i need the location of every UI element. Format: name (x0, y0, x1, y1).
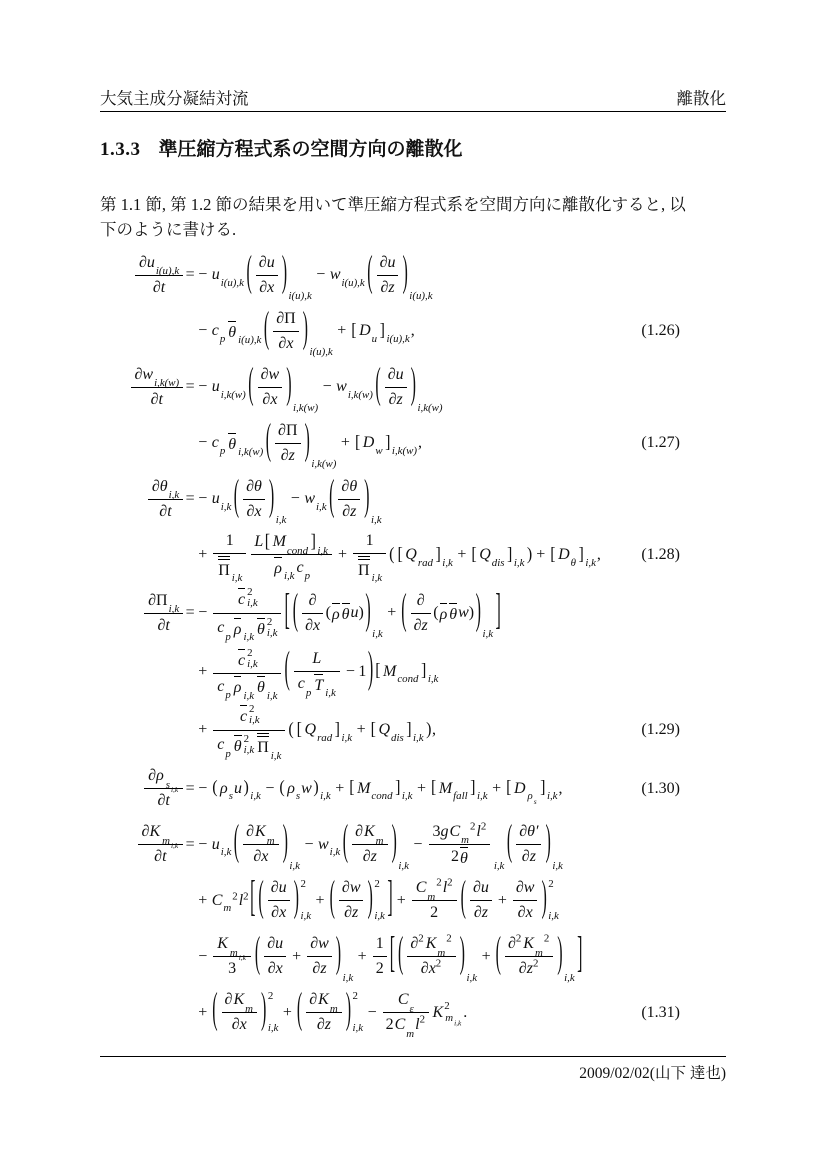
math-denominator: ∂x (256, 278, 277, 298)
math-scripts: p (220, 333, 225, 344)
math-scripted: ui,k (212, 490, 232, 508)
equation-rhs: +Cm2l2[(∂u∂x)2i,k+(∂w∂z)2i,k]+Cm2l22(∂u∂… (195, 875, 642, 927)
math-sub: s (229, 791, 233, 802)
math-overline-bar (449, 603, 457, 604)
math-script-base: m (230, 948, 238, 959)
math-sub: p (220, 333, 225, 344)
math-scripts: i,k (221, 501, 232, 512)
math-fenced-group: (ρsw) (279, 780, 319, 798)
math-scripts: w (375, 445, 382, 456)
math-overline: θ (448, 603, 458, 624)
math-script-base: ρ (220, 780, 228, 798)
math-sub: i,k (552, 861, 563, 872)
math-numerator: ∂ (414, 591, 428, 611)
math-scripted: ρs (220, 780, 233, 798)
math-scripts: ε (410, 1004, 414, 1015)
math-text: ∂z (363, 847, 377, 867)
math-scripts: 2i,k (353, 991, 364, 1034)
equation-equals: = (186, 249, 195, 301)
math-text: 2 (353, 991, 358, 1002)
math-numerator: ∂u (256, 253, 278, 273)
math-scripts: i,k (271, 751, 282, 762)
math-close-paren: ) (304, 420, 310, 466)
math-text: u (234, 780, 242, 798)
math-open-paren: ( (367, 252, 373, 298)
math-text: i,k (267, 691, 278, 702)
math-script-base: θ (233, 735, 243, 756)
math-scripts: i,k (372, 573, 383, 584)
math-text: i,k (267, 628, 278, 639)
math-equals: = (186, 266, 195, 284)
math-script-base: u (212, 378, 220, 396)
math-operator: + (417, 780, 426, 798)
math-fence-body: ∂Km∂x (218, 990, 260, 1035)
math-fenced-group: [Du] (351, 322, 386, 340)
math-fenced-group: (∂Km∂z) (342, 822, 397, 867)
math-sub: i,k (169, 604, 180, 615)
math-numerator: ∂w (307, 934, 332, 954)
math-fenced-group: [Mcond] (264, 532, 316, 552)
math-overline-bar (257, 736, 269, 737)
math-equation-number-text: (1.26) (641, 322, 680, 340)
equation-number (641, 646, 680, 698)
math-text: u (351, 604, 359, 622)
math-text: ∂t (157, 616, 169, 636)
math-text: ∂t (153, 278, 165, 298)
math-text: i,k(w) (238, 447, 263, 458)
equation-lhs: ∂Kmi,k∂t (128, 819, 186, 871)
math-sub: i,k (372, 573, 383, 584)
math-script-base: (∂u∂x) (246, 253, 288, 298)
math-scripts: m (330, 1004, 338, 1015)
math-scripts: p (225, 632, 230, 643)
math-sub: ρs (527, 791, 538, 802)
math-text: ∂ (309, 990, 317, 1010)
math-equals: = (186, 490, 195, 508)
math-text: i,k (552, 861, 563, 872)
equation-number (641, 585, 680, 642)
math-scripted: ∂wi,k(w) (135, 365, 180, 385)
math-script-base: Π (256, 733, 270, 757)
math-script-base: K (318, 990, 329, 1010)
math-numerator: ∂u (385, 365, 407, 385)
math-script-base: (∂w∂z) (329, 878, 373, 923)
math-fence-body: [Qrad]i,k+[Qdis]i,k (294, 721, 425, 739)
math-text: m (230, 948, 238, 959)
math-scripts: i,k (169, 604, 180, 615)
math-text: ∂ (508, 934, 516, 954)
math-script-base: (∂Km∂z) (296, 990, 351, 1035)
header-right: 離散化 (677, 85, 727, 109)
math-text: ∂t (157, 791, 169, 811)
math-scripted: ∂θi,k (152, 477, 179, 497)
math-fraction: ∂w∂z (307, 934, 332, 979)
math-text: θ (342, 606, 350, 624)
math-scripts: 2i,k (247, 587, 258, 610)
math-scripts: i,k (171, 843, 178, 851)
math-close-paren: ) (268, 476, 274, 522)
math-script-base: [Du] (351, 322, 386, 340)
math-operator: + (341, 434, 350, 452)
math-open-paren: ( (329, 878, 335, 924)
math-denominator: 2 (427, 903, 441, 923)
math-sub: i,k (585, 557, 596, 568)
math-fraction-bar (275, 443, 300, 444)
math-superscript: 2 (418, 933, 423, 947)
math-text: i,k (482, 629, 493, 640)
math-text: ∂θ′ (519, 822, 538, 842)
math-scripted: (∂u∂z)i,k(w) (375, 365, 443, 410)
math-scripted: Dρs (514, 780, 538, 798)
math-scripts: 2i,k (374, 879, 385, 922)
math-text: i,k (284, 571, 295, 582)
math-scripts: si,k (165, 780, 179, 791)
math-scripted: (∂Π∂z)i,k(w) (265, 421, 336, 466)
math-fraction: 1Πi,k (353, 531, 386, 580)
math-text: ∂z (380, 278, 394, 298)
math-overline-bar (234, 618, 242, 619)
math-sub: i,k (428, 674, 439, 685)
math-fraction: ∂θ′∂z (516, 822, 541, 867)
math-scripted: Km (523, 934, 543, 954)
math-fenced-group: (∂Km∂x) (212, 990, 267, 1035)
math-superscript: 2 (516, 933, 521, 947)
math-overline: ρ (273, 557, 283, 578)
math-overline: Π (217, 556, 231, 580)
math-scripted: (∂∂z(ρθw))i,k (401, 591, 493, 636)
math-sub: u (372, 333, 377, 344)
math-close-paren: ) (367, 649, 373, 696)
math-numerator: ∂w (339, 878, 364, 898)
math-text: ρ (332, 606, 340, 624)
math-text: 2 (548, 879, 553, 890)
math-fence-body: ∂∂z(ρθw) (407, 591, 475, 636)
math-close-paren: ) (402, 252, 408, 298)
math-overline: ρ (233, 676, 243, 697)
math-scripts: i,k (413, 733, 424, 744)
equation-number: (1.31) (641, 987, 680, 1039)
math-overline-body: c (240, 708, 247, 726)
math-script-base: ∂u (139, 253, 155, 273)
math-scripts: i,k(w) (311, 459, 336, 470)
math-text: ε (410, 1004, 414, 1015)
math-operator: − (198, 604, 207, 622)
math-close-bracket: ] (577, 934, 583, 980)
math-text: i,k (247, 598, 258, 609)
math-text: c (298, 674, 305, 694)
math-close-paren: ) (557, 934, 563, 980)
equation-rhs: +c2i,kcpρi,kθi,k(LcpTi,k−1)[Mcond]i,k (195, 646, 642, 698)
math-close-bracket: ] (470, 779, 476, 797)
math-numerator: L (309, 649, 324, 669)
math-denominator: ∂t (156, 502, 174, 522)
math-open-paren: ( (329, 476, 335, 522)
math-scripted: cp (212, 434, 226, 452)
math-numerator: ∂ui(u),k (135, 253, 183, 273)
math-scripts: i(u),k (310, 347, 333, 358)
math-text: 1 (226, 531, 234, 551)
math-numerator: ∂u (268, 878, 290, 898)
math-overline-body: Π (358, 562, 370, 580)
math-text: m (427, 892, 435, 903)
math-superscript: 2 (447, 877, 452, 891)
math-scripted: Km (426, 934, 446, 954)
math-scripts: 2i,k (548, 879, 559, 922)
math-scripted: ρi,k (273, 557, 294, 578)
math-close-bracket: ] (379, 322, 385, 340)
math-close-paren: ) (475, 590, 481, 636)
math-scripted: ∂ρsi,k (148, 766, 179, 786)
equation-number: (1.27) (641, 417, 680, 469)
math-text: i,k (276, 515, 287, 526)
math-sub: i,k(w) (348, 389, 373, 400)
equation-rhs: −ui,k(∂θ∂x)i,k−wi,k(∂θ∂z)i,k (195, 473, 642, 525)
math-text: i(u),k (409, 291, 432, 302)
math-numerator: ∂u (377, 253, 399, 273)
math-text: ∂z (342, 502, 356, 522)
math-denominator: ∂z (341, 903, 361, 923)
math-fraction: ∂Π∂x (273, 309, 298, 354)
math-operator: − (291, 490, 300, 508)
math-fenced-group: (∂Π∂z) (265, 421, 310, 466)
equation-rhs: +1Πi,kL[Mcond]i,kρi,kcp+1Πi,k([Qrad]i,k+… (195, 529, 642, 581)
math-overline-body: θ (228, 324, 236, 342)
math-sup: 2 (353, 991, 358, 1002)
math-scripted: (∂Km∂z)2i,k (296, 990, 363, 1035)
math-denominator: ∂z (377, 278, 397, 298)
math-scripted: ρi,k (233, 618, 254, 639)
math-denominator: ∂z (309, 959, 329, 979)
math-text: u (372, 333, 377, 344)
math-fraction-bar (213, 613, 281, 614)
math-scripts: i(u),k (221, 277, 244, 288)
math-text: s (534, 798, 537, 806)
math-close-paren: ) (367, 878, 373, 924)
math-scripts: m (406, 1029, 414, 1040)
math-script-base: c (217, 677, 224, 697)
math-sup: 2 (374, 879, 379, 890)
math-fraction-bar (338, 499, 360, 500)
math-fence-body: ∂Km∂z (349, 822, 391, 867)
math-scripts: s (296, 791, 300, 802)
math-text: i,k (548, 911, 559, 922)
equation-number (641, 819, 680, 871)
math-overline: Π (357, 556, 371, 580)
math-text: i(u),k (289, 291, 312, 302)
math-sub: i,k(w) (417, 403, 442, 414)
math-scripts: i(u),k (156, 266, 179, 277)
math-numerator: ∂Km (243, 822, 278, 842)
math-text: K (217, 934, 228, 954)
math-text: i,k (221, 847, 232, 858)
math-numerator: ∂ (306, 591, 320, 611)
math-numerator: Cm2l2 (412, 878, 457, 898)
math-text: K (433, 1004, 444, 1022)
math-fraction-bar (353, 553, 386, 554)
math-overline-body: θ (257, 621, 265, 639)
math-fenced-group: (∂u∂x) (258, 878, 300, 923)
math-sub: s (296, 791, 300, 802)
math-text: rad (418, 557, 433, 568)
math-close-paren: ) (541, 878, 547, 924)
math-overline-bar (234, 735, 242, 736)
math-scripted: ∂Πi,k (148, 591, 179, 611)
math-open-paren: ( (375, 364, 381, 410)
math-fraction-bar (339, 900, 364, 901)
math-text: ∂x (259, 278, 274, 298)
math-text: K (233, 990, 244, 1010)
math-fenced-group: (∂θ∂z) (329, 477, 370, 522)
math-fraction: L[Mcond]i,kρi,kcp (251, 532, 332, 578)
math-scripted: (∂Km∂z)i,k (342, 822, 409, 867)
math-text: i,k (564, 973, 575, 984)
math-scripts: i,k (585, 557, 596, 568)
math-open-paren: ( (212, 990, 218, 1036)
math-script-base: (∂u∂x) (258, 878, 300, 923)
math-text: i,k(w) (221, 389, 246, 400)
math-text: p (220, 445, 225, 456)
math-script-base: θ (227, 433, 237, 454)
math-scripted: θ2i,k (256, 616, 277, 641)
math-close-paren: ) (459, 934, 465, 980)
equation-number: (1.28) (641, 529, 680, 581)
math-scripted: [Qdis]i,k (471, 546, 525, 564)
math-operator: − (198, 780, 207, 798)
math-close-paren: ) (391, 822, 397, 868)
math-equals: = (186, 378, 195, 396)
math-sup: 2 (548, 879, 553, 890)
math-sub: p (225, 749, 230, 760)
math-scripted: c2i,k (239, 703, 260, 728)
math-operator: + (198, 1004, 207, 1022)
math-fenced-group: [Dρs] (506, 780, 546, 798)
math-scripts: p (305, 571, 310, 582)
math-scripted: (∂θ∂x)i,k (233, 477, 286, 522)
math-fence-body: (∂2Km2∂x2)i,k+(∂2Km2∂z2)i,k (396, 934, 577, 979)
math-scripts: i,k (250, 791, 261, 802)
math-close-paren: ) (364, 476, 370, 522)
math-close-bracket: ] (420, 663, 426, 681)
math-overline: ρ (331, 603, 341, 624)
math-superscript: 2 (544, 933, 549, 947)
math-scripted: (∂u∂x)2i,k (258, 878, 311, 923)
math-numerator: ∂θi,k (148, 477, 183, 497)
math-overline-bar (460, 847, 468, 848)
math-script-base: w (336, 378, 347, 396)
math-text: 1 (358, 663, 366, 681)
math-text: i,k(w) (392, 445, 417, 456)
math-numerator: ∂θ′ (516, 822, 541, 842)
math-fence-body: ∂θ∂z (335, 477, 364, 522)
equation-equals: = (186, 763, 195, 815)
equation-number (641, 931, 680, 983)
math-text: i,k(w) (293, 403, 318, 414)
math-scripts: i,k (428, 674, 439, 685)
math-fence-body: ∂u∂x+∂w∂z (261, 934, 336, 979)
math-fenced-group: [Qdis] (370, 721, 412, 739)
math-close-bracket: ] (578, 546, 584, 564)
math-sub: rad (317, 733, 332, 744)
math-denominator: cpθ2i,kΠi,k (213, 733, 285, 758)
math-sub: fall (453, 791, 468, 802)
math-scripted: Du (359, 322, 377, 340)
math-overline-body: θ (460, 850, 468, 868)
math-scripts: p (220, 445, 225, 456)
math-fraction: ∂u∂z (385, 365, 407, 410)
math-overline: θ (459, 847, 469, 868)
math-open-paren: ( (248, 364, 254, 410)
math-sub: i,k (372, 629, 383, 640)
math-text: w (330, 266, 341, 284)
math-close-bracket: ] (507, 546, 513, 564)
math-sub: i,k (454, 1020, 461, 1028)
math-superscript: 2 (481, 820, 486, 834)
math-script-base: K (233, 990, 244, 1010)
math-open-paren: ( (389, 546, 395, 564)
math-fence-body: ∂Km∂z (303, 990, 345, 1035)
math-scripts: i,k(w) (348, 389, 373, 400)
math-text: ∂u (267, 934, 283, 954)
math-text: Q (405, 546, 417, 564)
math-fenced-group: (LcpTi,k−1) (284, 649, 374, 695)
math-fenced-group: (∂u∂x+∂w∂z) (254, 934, 341, 979)
math-text: K (255, 822, 266, 842)
math-scripted: (∂w∂x)i,k(w) (248, 365, 318, 410)
math-scripts: i,k (221, 847, 232, 858)
math-fence-body: ∂2Km2∂z2 (501, 934, 556, 979)
math-fenced-group: (∂∂x(ρθu)) (292, 591, 371, 636)
math-scripts: 2i,k (249, 704, 260, 727)
math-numerator: ∂u (470, 878, 492, 898)
math-scripts: m (245, 1004, 253, 1015)
equation-equals (186, 702, 195, 759)
math-operator: + (198, 546, 207, 564)
math-operator: + (492, 780, 501, 798)
math-sub: i,k (371, 515, 382, 526)
math-sub: cond (397, 674, 418, 685)
math-sub: i,k (398, 861, 409, 872)
math-text: m (445, 1013, 453, 1024)
math-fenced-group: (∂u∂z+∂w∂x) (460, 878, 547, 923)
math-equation-number-text: (1.30) (641, 780, 680, 798)
math-fenced-group: (∂u∂x) (246, 253, 288, 298)
math-operator: + (498, 892, 507, 910)
math-script-base: ∂ρ (148, 766, 164, 786)
math-text: c (212, 322, 219, 340)
math-fraction: Cε2Cml2 (383, 990, 429, 1035)
math-text: i,k(w) (348, 389, 373, 400)
math-overline: θ (256, 676, 266, 697)
math-script-base: c (237, 649, 246, 670)
math-scripts: mi,k (161, 836, 179, 847)
math-open-bracket: [ (351, 322, 357, 340)
math-denominator: ∂x (259, 390, 280, 410)
math-text: D (514, 780, 526, 798)
math-text: 2 (444, 1001, 449, 1012)
math-close-paren: ) (282, 822, 288, 868)
math-overline: θ (227, 321, 237, 342)
math-scripted: Qdis (479, 546, 504, 564)
equation-rhs: −ui,k(∂Km∂x)i,k−wi,k(∂Km∂z)i,k−3gCm2l22θ… (195, 819, 642, 871)
equation-equals: = (186, 473, 195, 525)
math-open-paren: ( (246, 252, 252, 298)
math-scripts: cond (287, 546, 308, 557)
math-script-base: (∂w∂x) (248, 365, 292, 410)
math-sub: i,k (548, 911, 559, 922)
math-close-paren: ) (313, 779, 319, 797)
math-sub: i,k (494, 861, 505, 872)
math-text: ρ (234, 621, 242, 639)
